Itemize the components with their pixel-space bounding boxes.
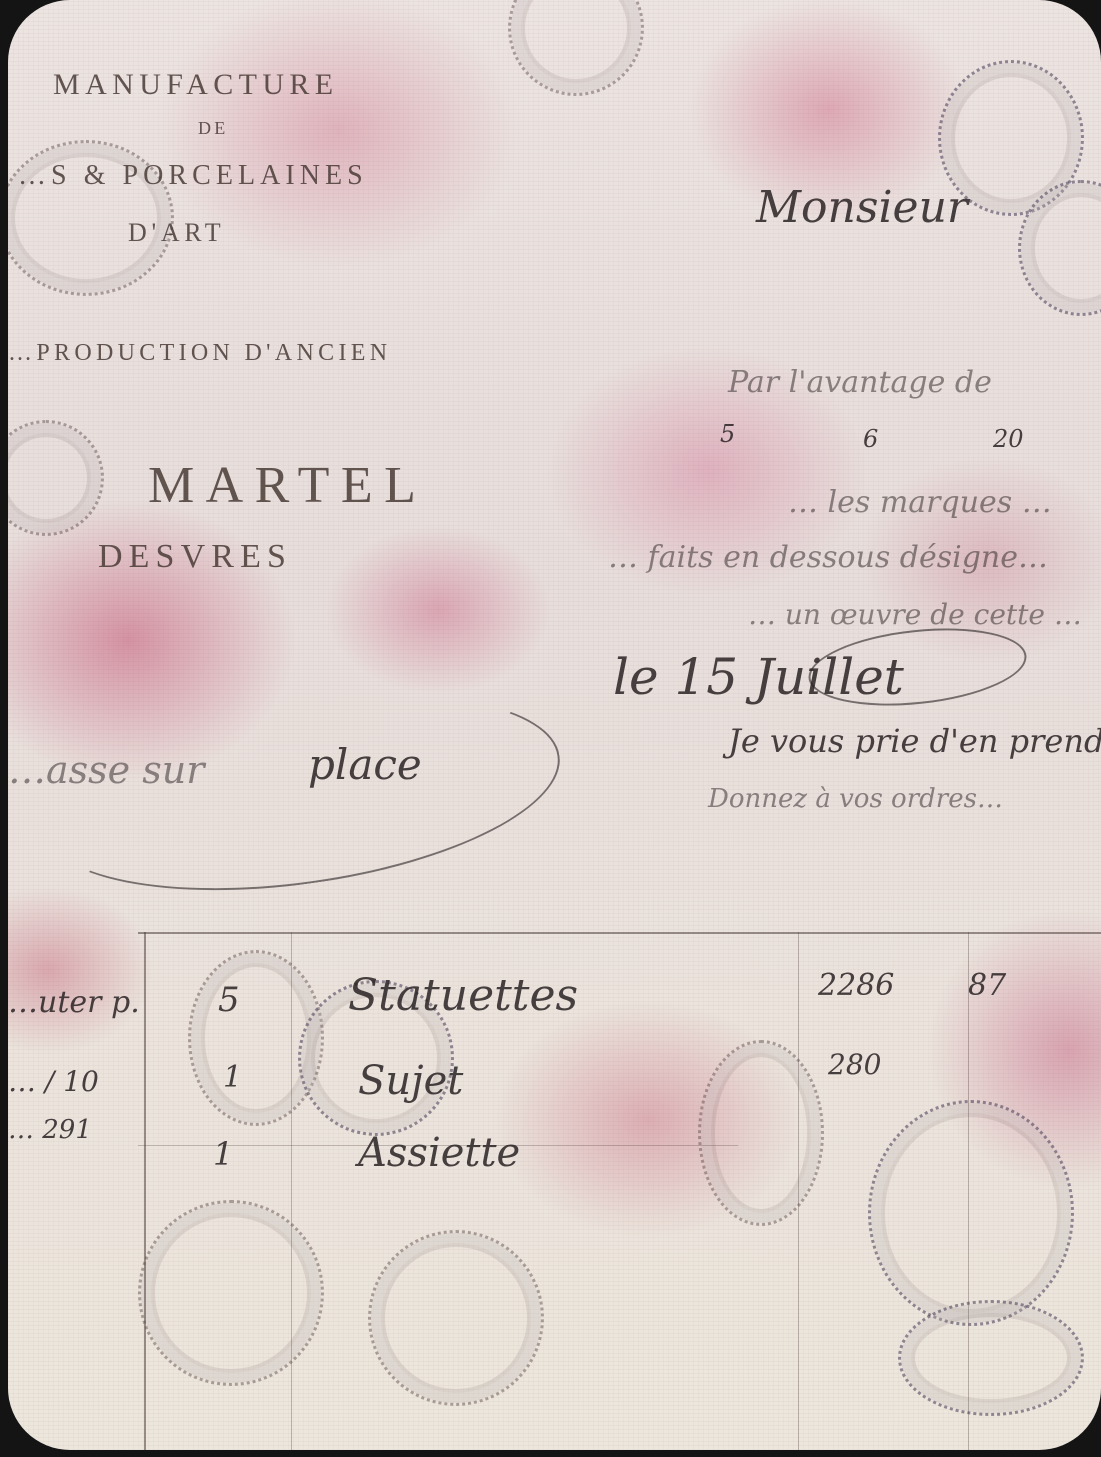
script-margin-2: … / 10	[8, 1065, 99, 1098]
print-reproduction: …production d'ancien	[8, 340, 391, 367]
script-line2: … les marques …	[788, 485, 1052, 520]
ledger-qty-2: 1	[223, 1060, 242, 1095]
ledger-price-1: 87	[968, 968, 1006, 1003]
ledger-item-1: Statuettes	[348, 970, 578, 1021]
script-line1: Par l'avantage de	[728, 365, 992, 400]
ledger-rule	[144, 932, 146, 1450]
print-de: de	[198, 118, 228, 139]
script-line5: Je vous prie d'en prend…	[728, 722, 1101, 760]
script-num-1: 5	[720, 420, 735, 448]
script-monsieur: Monsieur	[756, 182, 968, 233]
lace-medallion-icon	[868, 1100, 1074, 1326]
print-porcelaines: …s & Porcelaines	[18, 160, 368, 192]
script-line4: … un œuvre de cette …	[748, 598, 1082, 631]
print-manufacture: Manufacture	[53, 68, 339, 102]
script-line6: Donnez à vos ordres…	[708, 784, 1003, 814]
script-num-2: 6	[863, 425, 878, 453]
ledger-rule	[291, 932, 292, 1450]
lace-medallion-icon	[368, 1230, 544, 1406]
ledger-ref-2: 280	[828, 1048, 881, 1081]
ledger-ref-1: 2286	[818, 968, 894, 1003]
ledger-rule	[138, 932, 1101, 934]
ledger-qty-1: 5	[218, 980, 240, 1020]
ledger-rule	[798, 932, 799, 1450]
script-num-3: 20	[993, 425, 1024, 453]
ledger-item-2: Sujet	[358, 1058, 463, 1104]
ledger-item-3: Assiette	[358, 1130, 520, 1176]
lace-medallion-icon	[698, 1040, 824, 1226]
print-dart: d'Art	[128, 218, 225, 248]
script-line3: … faits en dessous désigne…	[608, 540, 1048, 575]
lace-medallion-icon	[138, 1200, 324, 1386]
print-brand-martel: Martel	[148, 456, 427, 515]
lace-medallion-icon	[898, 1300, 1084, 1416]
ledger-qty-3: 1	[213, 1135, 233, 1173]
script-margin-1: …uter p.	[8, 985, 140, 1020]
ephemera-collage: Manufacture de …s & Porcelaines d'Art …p…	[8, 0, 1101, 1450]
script-margin-3: … 291	[8, 1115, 92, 1145]
print-town-desvres: Desvres	[98, 538, 292, 576]
ledger-rule	[968, 932, 969, 1450]
